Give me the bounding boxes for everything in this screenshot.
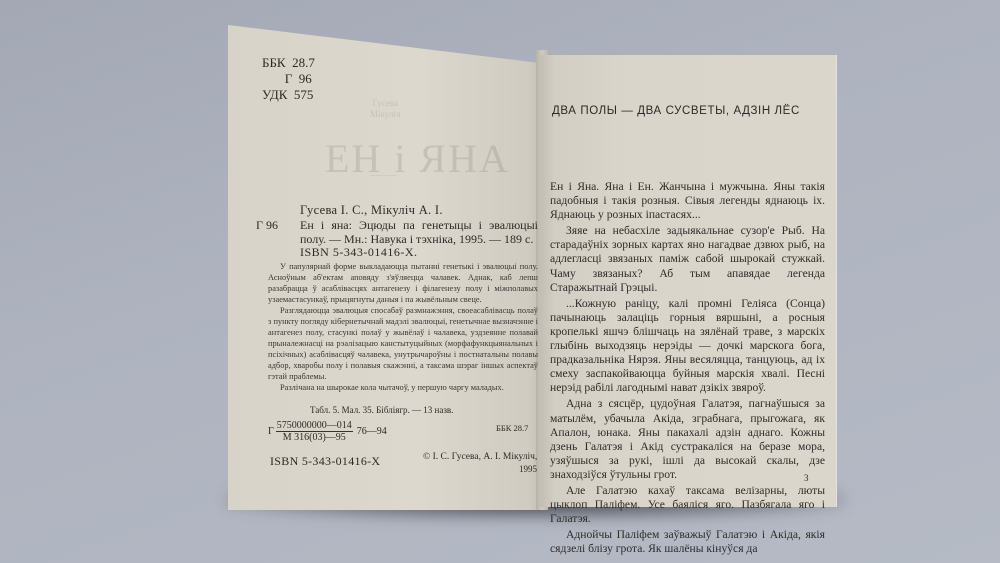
page-number: 3	[804, 473, 809, 483]
show-through-subtitle: ———	[370, 170, 397, 180]
story-text: Ен і Яна. Яна і Ен. Жанчына і мужчына. Я…	[550, 180, 825, 558]
bbk-bottom: ББК 28.7	[496, 423, 528, 433]
annotation-paragraph: Разлічана на шырокае кола чытачоў, у пер…	[268, 382, 538, 393]
copyright: © І. С. Гусева, А. І. Мікуліч,	[423, 452, 537, 462]
story-paragraph: Зяяе на небасхіле задыякальнае сузор'е Р…	[550, 224, 825, 294]
tables-line: Табл. 5. Мал. 35. Бібліягр. — 13 назв.	[310, 405, 453, 415]
isbn-bottom: ISBN 5-343-01416-Х	[270, 454, 380, 469]
author-line: Гусева І. С., Мікуліч А. І.	[300, 203, 443, 218]
bbk-code: ББК 28.7	[262, 55, 315, 71]
story-paragraph: Але Галатэю кахаў таксама велізарны, лют…	[550, 484, 825, 526]
story-paragraph: Ен і Яна. Яна і Ен. Жанчына і мужчына. Я…	[550, 180, 825, 222]
index-suffix: 76—94	[357, 426, 387, 437]
index-numerator: 5750000000—014	[276, 420, 353, 432]
index-code: Г 5750000000—014 М 316(03)—95 76—94	[268, 420, 387, 443]
bibliographic-reference: Ен і яна: Эцюды па генетыцы і эвалюцыі п…	[300, 218, 538, 246]
catalog-code: Г 96	[262, 71, 315, 87]
story-paragraph: Аднойчы Паліфем заўважыў Галатэю і Акіда…	[550, 528, 825, 556]
index-prefix: Г	[268, 426, 274, 437]
annotation: У папулярнай форме выкладаюцца пытанні г…	[268, 261, 538, 393]
story-paragraph: ...Кожную раніцу, калі промні Геліяса (С…	[550, 297, 825, 396]
index-fraction: 5750000000—014 М 316(03)—95	[276, 420, 353, 443]
story-paragraph: Адна з сясцёр, цудоўная Галатэя, пагнаўш…	[550, 397, 825, 482]
udk-code: УДК 575	[262, 87, 315, 103]
index-denominator: М 316(03)—95	[283, 432, 346, 443]
annotation-paragraph: У папулярнай форме выкладаюцца пытанні г…	[268, 261, 538, 305]
annotation-paragraph: Разглядаюцца эвалюцыя спосабаў размнажэн…	[268, 305, 538, 382]
catalog-mark: Г 96	[256, 218, 278, 233]
show-through-title: ЕН і ЯНА	[325, 135, 510, 182]
chapter-title: ДВА ПОЛЫ — ДВА СУСВЕТЫ, АДЗІН ЛЁС	[552, 105, 800, 117]
show-through-authors: ГусеваМікуліч	[370, 98, 400, 120]
classification-codes: ББК 28.7 Г 96 УДК 575	[262, 55, 315, 103]
isbn-top: ISBN 5-343-01416-Х.	[300, 245, 418, 260]
copyright-year: 1995	[519, 464, 537, 474]
